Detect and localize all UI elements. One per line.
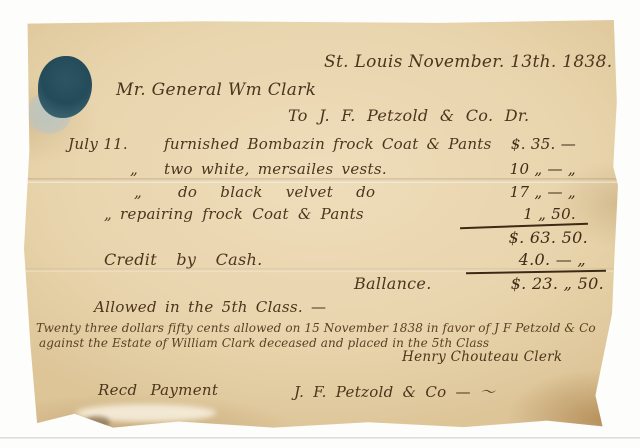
item-description: two white, mersailes vests. bbox=[164, 160, 387, 178]
clerk-note-line-1: Twenty three dollars fifty cents allowed… bbox=[36, 321, 596, 335]
allowance-note: Allowed in the 5th Class. — bbox=[94, 298, 326, 316]
stain bbox=[84, 416, 110, 429]
scan-edge-line bbox=[0, 437, 640, 439]
total-amount: $. 63. 50. bbox=[466, 228, 588, 247]
item-amount: 1 „ 50. bbox=[460, 205, 576, 223]
receipt-label: Recd Payment bbox=[98, 381, 218, 399]
balance-label: Ballance. bbox=[354, 274, 432, 293]
item-date: „ bbox=[104, 205, 112, 223]
item-description: furnished Bombazin frock Coat & Pants bbox=[164, 135, 492, 153]
clerk-signature: Henry Chouteau Clerk bbox=[402, 349, 562, 365]
ink-seal-blot bbox=[38, 56, 92, 118]
credit-label: Credit by Cash. bbox=[104, 250, 262, 269]
scan-background: St. Louis November. 13th. 1838. Mr. Gene… bbox=[0, 0, 640, 448]
balance-amount: $. 23. „ 50. bbox=[476, 274, 604, 293]
place-date-line: St. Louis November. 13th. 1838. bbox=[324, 52, 612, 72]
item-amount: 17 „ — „ bbox=[460, 183, 576, 201]
addressee-line: Mr. General Wm Clark bbox=[116, 80, 316, 100]
bill-to-line: To J. F. Petzold & Co. Dr. bbox=[288, 106, 529, 125]
item-date: „ bbox=[130, 160, 138, 178]
clerk-note-line-2: against the Estate of William Clark dece… bbox=[39, 336, 489, 350]
item-amount: 10 „ — „ bbox=[460, 160, 576, 178]
item-description: repairing frock Coat & Pants bbox=[120, 205, 364, 223]
item-date: July 11. bbox=[68, 135, 128, 153]
credit-amount: 4.0. — „ bbox=[470, 250, 586, 269]
paper-sheet: St. Louis November. 13th. 1838. Mr. Gene… bbox=[24, 20, 618, 428]
receipt-signature: J. F. Petzold & Co — 〜 bbox=[294, 381, 495, 402]
ink-seal bbox=[32, 56, 94, 136]
item-amount: $. 35. — bbox=[460, 135, 576, 153]
item-date: „ bbox=[134, 183, 142, 201]
item-description: do black velvet do bbox=[178, 183, 375, 201]
